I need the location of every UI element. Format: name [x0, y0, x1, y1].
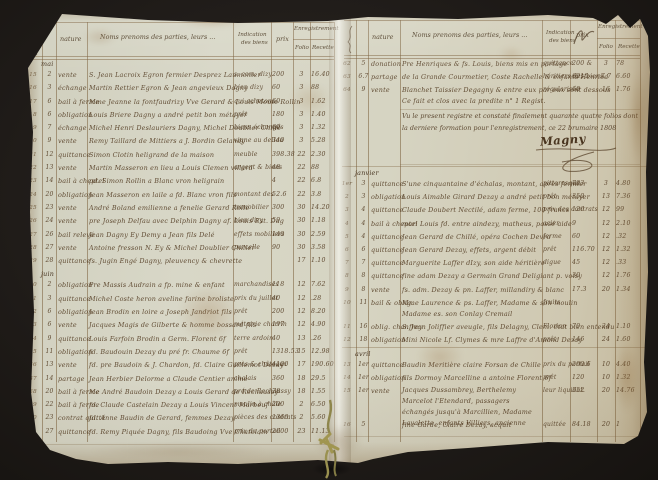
biens-indication: meuble [234, 149, 271, 161]
price-value: 180 [272, 109, 293, 121]
parties-names: fils Dormoy Marcelline a antoine Florent… [402, 372, 551, 384]
act-nature: quittance [371, 270, 403, 282]
act-nature: quittance [371, 178, 403, 190]
act-nature: vente [58, 69, 77, 81]
folio-number: 3 [294, 82, 309, 94]
register-page-left: nature Noms prenoms des parties, leurs .… [28, 12, 338, 464]
ledger-row: avril [342, 347, 650, 359]
entry-day: 2 [43, 279, 56, 291]
ledger-row: 33 6 vente Jacques Magis de Gilberte & h… [28, 319, 338, 332]
ledger-row: 64 9 vente Blanchet Taissier Degagny & e… [342, 84, 650, 108]
parties-names: Jean Masseron en laile a fd. Blanc vron … [89, 189, 237, 201]
folio-number: 17 [294, 359, 309, 371]
header-prix: prix [276, 36, 289, 43]
price-value: 118 [272, 279, 293, 291]
biens-indication: bien dizy [234, 215, 271, 227]
ledger-row: 30 2 obligation Pre Massis Audrain a fp.… [28, 279, 338, 292]
biens-indication: biens échangés [234, 122, 271, 134]
ledger-row: 9 8 vente fs. adm. Dezay & pn. Laffer, m… [342, 284, 650, 297]
ledger-row: 2 3 obligation Louis Aimable Girard Deza… [342, 191, 650, 204]
folio-number: 18 [294, 373, 309, 385]
folio-number: 30 [294, 202, 309, 214]
price-value: 552 [572, 385, 596, 397]
price-value: 1318.53 [272, 346, 293, 358]
parties-names: fd. Baudouin Dezay du pré fr. Chaume 6f [89, 346, 229, 358]
biens-indication: près & châteaux [234, 359, 271, 371]
folio-number: 17 [294, 255, 309, 267]
parties-names: Antoine fresson N. Ey & Michel Doublier … [89, 242, 255, 254]
price-value: 78 [272, 386, 293, 398]
ledger-row: 12 18 obligation Mini Nicole Lf. Clymes … [342, 334, 650, 347]
entry-day: 6 [357, 244, 370, 256]
price-value: 60 [272, 122, 293, 134]
act-nature: quittance [58, 333, 90, 345]
biens-indication: immobilier [234, 202, 271, 214]
act-nature: vente [371, 385, 390, 397]
ledger-row: 31 3 quittance Michel Coste heron avelin… [28, 293, 338, 306]
folio-number: 22 [294, 149, 309, 161]
ledger-row: 1er 3 quittance S'une cinquantaine d'éch… [342, 178, 650, 191]
entry-day: 6 [43, 306, 56, 318]
ledger-rows-left: mai 15 2 vente [28, 58, 338, 439]
biens-indication: leur liquidat. [543, 385, 569, 397]
ledger-row: janvier [342, 166, 650, 178]
act-nature: obligation [371, 372, 406, 384]
entry-day: 11 [357, 297, 370, 309]
act-nature: vente [58, 162, 77, 174]
folio-number: 3 [294, 135, 309, 147]
folio-number: 15 [294, 346, 309, 358]
act-nature: obligation [371, 191, 406, 203]
act-nature: vente [371, 84, 390, 96]
act-nature: quittance [58, 293, 90, 305]
ledger-row: 4 4 bail à cheptel mari Louis fd. entre … [342, 218, 650, 231]
ledger-row: 38 20 bail à ferme Me André Baudoin Deza… [28, 386, 338, 399]
act-nature: vente [58, 359, 77, 371]
ledger-row: 8 8 quittance fine adam Dezay a Germain … [342, 270, 650, 283]
biens-indication: s. com. dizy [234, 69, 271, 81]
header-biens-2: des biens [241, 40, 268, 46]
binding-fold [329, 12, 351, 464]
entry-day: 9 [357, 84, 370, 96]
closing-note-line1: Vu le present registre et constaté final… [402, 111, 642, 123]
paper-edge-right [610, 12, 650, 464]
biens-indication: vigne au dellau [234, 135, 271, 147]
ledger-row: 15 1er vente Jacques Dussambrey, Berthel… [342, 385, 650, 419]
price-value: 60 [272, 82, 293, 94]
act-nature: quittance [371, 204, 403, 216]
biens-indication: pittoresque [543, 178, 569, 190]
illegible-scribble [30, 26, 42, 56]
price-value: 45 [572, 257, 596, 269]
entry-day: 13 [43, 162, 56, 174]
folio-number: 3 [294, 122, 309, 134]
closing-rule [400, 109, 640, 110]
parties-names: Remy Taillard de Mittiers a J. Bordin Ge… [89, 135, 245, 147]
biens-indication: marchandises [234, 279, 271, 291]
paper-edge-top [28, 12, 650, 22]
biens-indication: bien dizy [234, 82, 271, 94]
folio-number: 22 [294, 175, 309, 187]
ledger-row: 7 7 quittance Marguerite Laffer dIzy, so… [342, 257, 650, 270]
act-nature: vente [58, 135, 77, 147]
parties-names: Jean Gerard de Chillé, opéra Cochen Devr… [402, 231, 551, 243]
entry-day: 11 [43, 346, 56, 358]
act-nature: quittance [371, 257, 403, 269]
price-value: 60 [572, 84, 596, 96]
parties-names: pd. Simon Rollin a Blanc vron heligrain [89, 175, 224, 187]
header-nature: nature [372, 34, 393, 41]
biens-indication: prêt [543, 372, 569, 384]
biens-indication: prêt [543, 244, 569, 256]
folio-number: 30 [294, 242, 309, 254]
act-nature: échange [58, 82, 87, 94]
biens-indication: prêt [234, 306, 271, 318]
footer-rule [344, 436, 640, 437]
header-rule [344, 55, 640, 56]
entry-day: 3 [357, 191, 370, 203]
parties-names: Jean Brodin en loire a Joseph Jandriot f… [89, 306, 232, 318]
header-parties: Noms prenoms des parties, leurs ... [412, 32, 540, 39]
entry-day: 20 [43, 386, 56, 398]
price-value: 84.18 [572, 419, 596, 431]
biens-indication: prêt [543, 191, 569, 203]
entry-day: 3 [43, 293, 56, 305]
entry-day: 1er [357, 359, 370, 371]
biens-indication: prix du juillet [234, 293, 271, 305]
act-nature: vente [58, 242, 77, 254]
biens-indication: terre ardoin [234, 333, 271, 345]
parties-names: Simon Clotin heligrand de la maison [89, 149, 214, 161]
ledger-rows-right: janvier 1er 3 quittance [342, 166, 650, 433]
act-nature: quittance [371, 244, 403, 256]
folio-number: 13 [294, 333, 309, 345]
biens-indication: prix du portail [234, 426, 271, 438]
price-value: 60 [572, 231, 596, 243]
folio-number: 30 [294, 215, 309, 227]
price-value: 17.3 [572, 284, 596, 296]
closing-note: Vu le present registre et constaté final… [402, 111, 642, 134]
biens-indication: héritiers des biens [543, 71, 569, 83]
act-nature: obligation [58, 109, 93, 121]
biens-indication: qui achetons [234, 96, 271, 108]
price-value: 2600 [272, 426, 293, 438]
photograph-background: nature Noms prenoms des parties, leurs .… [0, 0, 658, 480]
entry-day: 4 [357, 204, 370, 216]
parties-names: Louis Briere Dagny a andré petit bon mét… [89, 109, 247, 121]
parties-names: Marguerite Laffer dIzy, son aide héritiè… [402, 257, 545, 269]
parties-names: fine adam Dezay a Germain Grand Deligian… [402, 270, 582, 282]
ledger-row: 16 3 échange Martin Rettier Egron & Jean… [28, 82, 338, 95]
ledger-row: 13 1er quittance Baudin Meritière claire… [342, 359, 650, 372]
entry-day: 5 [357, 58, 370, 70]
parties-names: André Boland emilienne a fenelie Gerard … [89, 202, 249, 214]
price-value: 793 [572, 178, 596, 190]
parties-names: fine Garde, Claire Dezay, acquit [402, 419, 511, 431]
subheader-rule [293, 39, 334, 40]
price-value: 200 & [572, 58, 596, 70]
ledger-row: 11 16 oblig. chanfrey S. Jean Joliffier … [342, 321, 650, 334]
price-value: 70 [572, 321, 596, 333]
act-nature: obligation [58, 306, 93, 318]
ledger-row: 20 9 vente Remy Taillard de Mittiers a J… [28, 135, 338, 148]
entry-day: 20 [43, 189, 56, 201]
parties-names: Pre Massis Audrain a fp. mine & enfant [89, 279, 225, 291]
folio-number: 30 [294, 229, 309, 241]
act-nature: vente [371, 284, 390, 296]
ledger-row: 28 27 vente Antoine fresson N. Ey & Mich… [28, 242, 338, 255]
header-parties: Noms prenoms des parties, leurs ... [100, 34, 230, 41]
ledger-row: 37 14 partage Jean Herbier Delorme a Cla… [28, 373, 338, 386]
entry-day: 28 [43, 255, 56, 267]
biens-indication: digue [543, 257, 569, 269]
entry-day: 3 [43, 82, 56, 94]
entry-day: 26 [43, 229, 56, 241]
act-nature: quittance [371, 359, 403, 371]
act-nature: quittance [58, 149, 90, 161]
price-value: 146 [572, 334, 596, 346]
biens-indication: prêt [234, 109, 271, 121]
entry-day: 8 [357, 270, 370, 282]
ledger-row: 27 26 bail relevé Jean Dagny Ey Demy a J… [28, 229, 338, 242]
entry-day: 3 [357, 178, 370, 190]
ledger-row: mai [28, 58, 338, 69]
biens-indication: quittée [543, 419, 569, 431]
act-nature: obligation [58, 279, 93, 291]
biens-indication: moulin à châle [234, 399, 271, 411]
ink-scribble [570, 24, 598, 50]
act-nature: quittance [58, 426, 90, 438]
ledger-row: 41 27 quittance fd. Remy Piquée Dagny, f… [28, 426, 338, 439]
price-value: 200 [272, 399, 293, 411]
price-value: 200.6 [572, 359, 596, 371]
price-value: 200 [272, 69, 293, 81]
closing-note-line2: la derniere formation pour l'enregistrem… [402, 123, 642, 135]
header-nature: nature [60, 36, 81, 43]
parties-names: fs. adm. Dezay & pn. Laffer, millandiry … [402, 284, 564, 296]
ledger-row: 19 7 échange Michel Henri Deslauriers Da… [28, 122, 338, 135]
ledger-row: 22 13 vente Martin Masseron en lieu a Lo… [28, 162, 338, 175]
parties-names: Martin Rettier Egron & Jean angevieux Da… [89, 82, 248, 94]
entry-day: 8 [357, 284, 370, 296]
ledger-row: 10 11 bail & oblig. Mme Laurence & ps. L… [342, 297, 650, 321]
entry-day: 7 [43, 122, 56, 134]
entry-day: 1er [357, 372, 370, 384]
parties-names: Louis Farfoin Brodin a Germ. Florent 6f [89, 333, 226, 345]
entry-day: 6 [43, 319, 56, 331]
price-value: 9 [572, 218, 596, 230]
price-value: 360 [272, 373, 293, 385]
act-nature: obligation [371, 334, 406, 346]
ledger-row: 18 6 obligation Louis Briere Dagny a and… [28, 109, 338, 122]
price-value: 126 [572, 204, 596, 216]
parties-names: fs. Jugin Engé Dagny, pleuvency & chevre… [89, 255, 242, 267]
act-nature: vente [58, 215, 77, 227]
price-value: 120 [572, 372, 596, 384]
header-enregistrement: Enregistrement [294, 26, 334, 32]
biens-indication: pièces des contrats [234, 412, 271, 424]
ledger-row: 3 4 quittance Claude Doubert Nectilé, ad… [342, 204, 650, 217]
parties-names: Jacques Magis de Gilberte & homme bossar… [89, 319, 257, 331]
biens-indication: prix des contrats [543, 204, 569, 216]
biens-indication: montant des [234, 189, 271, 201]
entry-day: 6 [43, 96, 56, 108]
biens-indication: métairie charrin [234, 319, 271, 331]
price-value: 6915 [572, 71, 596, 83]
entry-day: 27 [43, 426, 56, 438]
parties-names: Jean Herbier Delorme a Claude Centier an… [89, 373, 248, 385]
entry-day: 4 [357, 231, 370, 243]
entry-day: 14 [43, 175, 56, 187]
ledger-row: 25 23 vente André Boland emilienne a fen… [28, 202, 338, 215]
act-nature: obligation [58, 189, 93, 201]
ledger-row: 24 20 obligation Jean Masseron en laile … [28, 189, 338, 202]
price-value: 197 [272, 319, 293, 331]
price-value: 30 [572, 270, 596, 282]
biens-indication: prix du portail [543, 359, 569, 371]
ledger-row: 34 9 quittance Louis Farfoin Brodin a Ge… [28, 333, 338, 346]
price-value: 300 [272, 202, 293, 214]
act-nature: vente [58, 202, 77, 214]
folio-number: 22 [294, 189, 309, 201]
folio-number: 3 [294, 109, 309, 121]
header-rule [30, 22, 334, 23]
biens-indication: argent & biens [234, 162, 271, 174]
ledger-row: 35 11 obligation fd. Baudouin Dezay du p… [28, 346, 338, 359]
parties-names-line2: Ce fait et clos avec la predite n° 1 Reg… [402, 95, 546, 107]
act-nature: partage [371, 71, 398, 83]
price-value: 398.38 [272, 149, 293, 161]
entry-day: 14 [43, 373, 56, 385]
price-value: 340 [272, 135, 293, 147]
header-folio: Folio [295, 45, 309, 51]
biens-indication: prêt [543, 334, 569, 346]
entry-day: 13 [43, 359, 56, 371]
price-value: 40 [272, 293, 293, 305]
price-value: 48 [272, 162, 293, 174]
price-value: 52.6 [272, 189, 293, 201]
entry-day: 4 [357, 218, 370, 230]
biens-indication: régularisée [543, 84, 569, 96]
price-value: 4100 [272, 359, 293, 371]
header-rule [30, 56, 334, 57]
entry-day: 23 [43, 202, 56, 214]
act-nature: obligation [58, 346, 93, 358]
folio-number: 3 [294, 96, 309, 108]
ledger-row: 63 6.7 partage de la Grande Courmetier, … [342, 71, 650, 84]
parties-names: Martin Masseron en lieu a Louis Clemen v… [89, 162, 253, 174]
price-value: 200 [272, 306, 293, 318]
price-value: 350 [572, 191, 596, 203]
ledger-row: 62 5 donation Pre Henriques & fs. Louis,… [342, 58, 650, 71]
ledger-row: 29 28 quittance fs. Jugin Engé Dagny, pl… [28, 255, 338, 268]
ledger-row: juin [28, 268, 338, 279]
folio-number: 3 [294, 69, 309, 81]
entry-day: 2 [43, 69, 56, 81]
act-nature: échange [58, 122, 87, 134]
ledger-row: 26 24 vente pre Joseph Delfau avec Delph… [28, 215, 338, 228]
ledger-row: 39 22 bail à ferme fd. Claude Castelain … [28, 399, 338, 412]
entry-day: 6.7 [357, 71, 370, 83]
entry-day: 5 [357, 419, 370, 431]
price-value: 40 [272, 333, 293, 345]
ledger-row: 23 14 bail à cheptel pd. Simon Rollin a … [28, 175, 338, 188]
ledger-row: 17 6 bail à ferme Mme Jeanne la fontfaud… [28, 96, 338, 109]
entry-day: 16 [357, 321, 370, 333]
ledger-rows-carryover: 62 5 donation Pre Henriques & fs. Louis,… [342, 58, 650, 108]
entry-day: 7 [357, 257, 370, 269]
parties-names: Jean Dagny Ey Demy a Jean fils Delé [89, 229, 215, 241]
entry-day: 9 [43, 333, 56, 345]
entry-day: 9 [43, 135, 56, 147]
biens-indication: Florian [543, 321, 569, 333]
biens-indication: parcelle [234, 242, 271, 254]
ledger-row: 32 6 obligation Jean Brodin en loire a J… [28, 306, 338, 319]
biens-indication: effets mobiliers [234, 229, 271, 241]
act-nature: quittance [371, 231, 403, 243]
folio-number: 12 [294, 319, 309, 331]
paper-edge-left [28, 12, 40, 464]
parties-names: Baudin Meritière claire Forsan de Chille [402, 359, 541, 371]
biens-indication: acier [543, 218, 569, 230]
entry-day: 1er [357, 385, 370, 397]
ledger-row: 15 2 vente S. Jean Lacroix Egron fermier… [28, 69, 338, 82]
price-value: 90 [272, 242, 293, 254]
ledger-row: 16 5 fine Garde, Claire Dezay, acquit qu… [342, 419, 650, 432]
folio-number: 12 [294, 293, 309, 305]
register-page-right: nature Noms prenoms des parties, leurs .… [342, 12, 650, 464]
parties-names-line2: Madame es. son Conlay Cremail [402, 308, 512, 320]
entry-day: 6 [43, 109, 56, 121]
biens-indication: ferme [543, 231, 569, 243]
price-value: 4 [272, 175, 293, 187]
entry-day: 18 [357, 334, 370, 346]
act-nature: partage [58, 373, 85, 385]
biens-indication: quittance [543, 58, 569, 70]
ledger-row: 14 1er obligation fils Dormoy Marcelline… [342, 372, 650, 385]
ledger-row: 5 4 quittance Jean Gerard de Chillé, opé… [342, 231, 650, 244]
entry-day: 27 [43, 242, 56, 254]
entry-day: 23 [43, 412, 56, 424]
biens-indication: pré de Rechaussy [234, 386, 271, 398]
price-value: 140 [272, 229, 293, 241]
ledger-row: 36 13 vente fd. pre Baudoin & J. Chardon… [28, 359, 338, 372]
header-biens-1: Indication [238, 32, 267, 38]
price-value: 116.70 [572, 244, 596, 256]
price-value: 60 [272, 96, 293, 108]
folio-number: 12 [294, 306, 309, 318]
act-nature: vente [58, 319, 77, 331]
price-value: 1360 [272, 412, 293, 424]
parties-names: Michel Coste heron aveline farine brolis… [89, 293, 234, 305]
parties-names: fd. Anne Baudin de Gerard, femmes Dezay [89, 412, 235, 424]
act-nature: quittance [58, 255, 90, 267]
entry-day: 24 [43, 215, 56, 227]
price-value: 59 [272, 215, 293, 227]
ledger-row: 40 23 contrat quitté fd. Anne Baudin de … [28, 412, 338, 425]
act-nature: donation [371, 58, 401, 70]
folio-number: 18 [294, 386, 309, 398]
register-spread: nature Noms prenoms des parties, leurs .… [28, 12, 650, 464]
ledger-row: 6 6 quittance Jean Gerard Dezay, effets,… [342, 244, 650, 257]
biens-indication: chalais [234, 373, 271, 385]
entry-day: 22 [43, 399, 56, 411]
ledger-row: 21 12 quittance Simon Clotin heligrand d… [28, 149, 338, 162]
entry-day: 12 [43, 149, 56, 161]
folio-number: 22 [294, 162, 309, 174]
biens-indication: prêt [234, 346, 271, 358]
biens-indication: fruits [543, 297, 569, 309]
